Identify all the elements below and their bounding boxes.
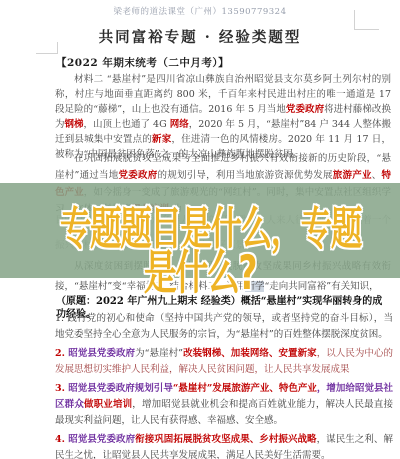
exam-source-label: 【2022 年期末统考（二中月考）】 (56, 55, 229, 70)
material-paragraph-1: 材料二 “悬崖村”是四川省凉山彝族自治州昭觉县支尔莫乡阿土列尔村的别称，村庄与地… (55, 72, 391, 162)
overlay-watermark-title-line2: 是什么? (60, 236, 340, 303)
document-photo-page: 梁老师的道法课堂（广州）13590779324 共同富裕专题 · 经验类题型 【… (0, 0, 400, 459)
teacher-watermark-header: 梁老师的道法课堂（广州）13590779324 (0, 5, 400, 17)
answer-item-4: 4. 昭觉县党委政府衔接巩固拓展脱贫攻坚成果、乡村振兴战略，谋民生之利、解民生之… (55, 432, 393, 459)
answer-item-2: 2. 昭觉县党委政府为“悬崖村”改装钢梯、加装网络、安置新家，以人民为中心的发展… (55, 346, 393, 378)
document-title: 共同富裕专题 · 经验类题型 (0, 26, 400, 47)
answer-item-1: 1. 践行党的初心和使命（坚持中国共产党的领导，或者坚持党的奋斗目标），当地党委… (55, 311, 393, 343)
answer-item-3: 3. 昭觉县党委政府规划引导“悬崖村”发展旅游产业、特色产业，增加给昭觉县社区群… (55, 381, 393, 429)
answer-list: 1. 践行党的初心和使命（坚持中国共产党的领导，或者坚持党的奋斗目标），当地党委… (55, 311, 393, 459)
